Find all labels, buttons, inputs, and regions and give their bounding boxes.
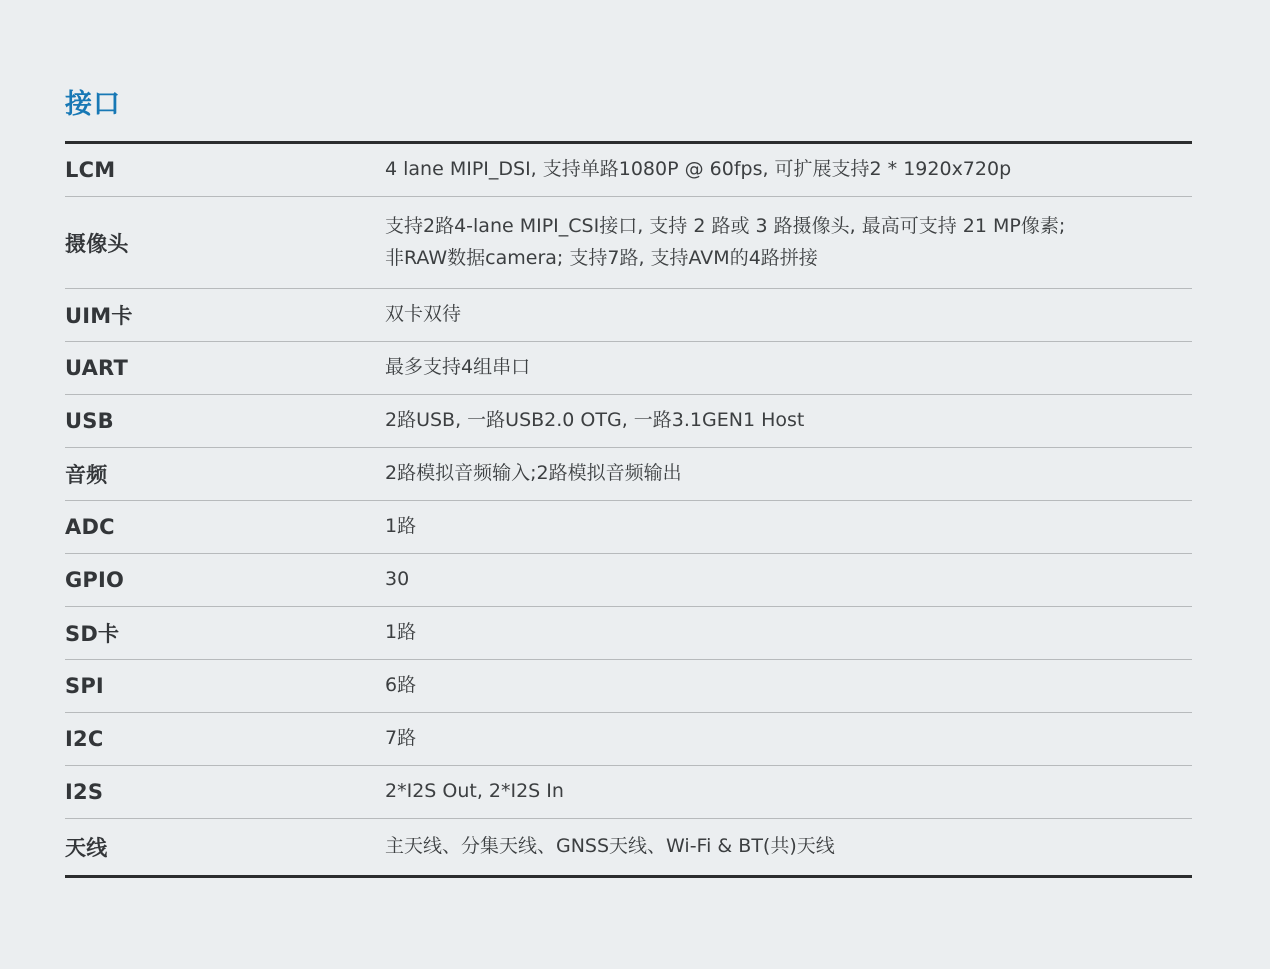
table-row-usb: USB 2路USB, 一路USB2.0 OTG, 一路3.1GEN1 Host — [65, 395, 1192, 448]
value-line: 4 lane MIPI_DSI, 支持单路1080P @ 60fps, 可扩展支… — [385, 154, 1192, 185]
row-value: 6路 — [385, 670, 1192, 701]
table-row-sd: SD卡 1路 — [65, 607, 1192, 660]
section-title: 接口 — [65, 82, 1192, 121]
row-label: GPIO — [65, 568, 385, 592]
row-label: I2S — [65, 780, 385, 804]
row-value: 2*I2S Out, 2*I2S In — [385, 776, 1192, 807]
table-row-spi: SPI 6路 — [65, 660, 1192, 713]
row-value: 7路 — [385, 723, 1192, 754]
row-label: 摄像头 — [65, 228, 385, 258]
value-line: 最多支持4组串口 — [385, 352, 1192, 383]
value-line: 6路 — [385, 670, 1192, 701]
table-row-uim: UIM卡 双卡双待 — [65, 289, 1192, 342]
row-value: 2路USB, 一路USB2.0 OTG, 一路3.1GEN1 Host — [385, 405, 1192, 436]
row-label: I2C — [65, 727, 385, 751]
row-value: 4 lane MIPI_DSI, 支持单路1080P @ 60fps, 可扩展支… — [385, 154, 1192, 185]
row-label: LCM — [65, 158, 385, 182]
table-row-i2c: I2C 7路 — [65, 713, 1192, 766]
value-line: 双卡双待 — [385, 299, 1192, 330]
row-value: 主天线、分集天线、GNSS天线、Wi-Fi & BT(共)天线 — [385, 831, 1192, 862]
row-value: 1路 — [385, 617, 1192, 648]
row-value: 最多支持4组串口 — [385, 352, 1192, 383]
row-label: UIM卡 — [65, 300, 385, 330]
row-label: SD卡 — [65, 618, 385, 648]
table-row-lcm: LCM 4 lane MIPI_DSI, 支持单路1080P @ 60fps, … — [65, 144, 1192, 197]
row-label: SPI — [65, 674, 385, 698]
value-line: 2路USB, 一路USB2.0 OTG, 一路3.1GEN1 Host — [385, 405, 1192, 436]
table-row-i2s: I2S 2*I2S Out, 2*I2S In — [65, 766, 1192, 819]
row-label: 天线 — [65, 832, 385, 862]
row-value: 1路 — [385, 511, 1192, 542]
row-value: 30 — [385, 564, 1192, 595]
table-row-camera: 摄像头 支持2路4-lane MIPI_CSI接口, 支持 2 路或 3 路摄像… — [65, 197, 1192, 289]
value-line: 主天线、分集天线、GNSS天线、Wi-Fi & BT(共)天线 — [385, 831, 1192, 862]
table-row-audio: 音频 2路模拟音频输入;2路模拟音频输出 — [65, 448, 1192, 501]
row-value: 支持2路4-lane MIPI_CSI接口, 支持 2 路或 3 路摄像头, 最… — [385, 211, 1192, 274]
table-row-uart: UART 最多支持4组串口 — [65, 342, 1192, 395]
value-line: 30 — [385, 564, 1192, 595]
row-label: 音频 — [65, 459, 385, 489]
table-row-antenna: 天线 主天线、分集天线、GNSS天线、Wi-Fi & BT(共)天线 — [65, 819, 1192, 875]
value-line: 非RAW数据camera; 支持7路, 支持AVM的4路拼接 — [385, 243, 1192, 274]
value-line: 7路 — [385, 723, 1192, 754]
row-value: 2路模拟音频输入;2路模拟音频输出 — [385, 458, 1192, 489]
value-line: 2*I2S Out, 2*I2S In — [385, 776, 1192, 807]
spec-sheet-page: 接口 LCM 4 lane MIPI_DSI, 支持单路1080P @ 60fp… — [0, 82, 1270, 878]
row-label: UART — [65, 356, 385, 380]
table-row-gpio: GPIO 30 — [65, 554, 1192, 607]
table-row-adc: ADC 1路 — [65, 501, 1192, 554]
value-line: 1路 — [385, 511, 1192, 542]
interface-spec-table: LCM 4 lane MIPI_DSI, 支持单路1080P @ 60fps, … — [65, 141, 1192, 878]
row-value: 双卡双待 — [385, 299, 1192, 330]
value-line: 1路 — [385, 617, 1192, 648]
row-label: ADC — [65, 515, 385, 539]
value-line: 2路模拟音频输入;2路模拟音频输出 — [385, 458, 1192, 489]
row-label: USB — [65, 409, 385, 433]
value-line: 支持2路4-lane MIPI_CSI接口, 支持 2 路或 3 路摄像头, 最… — [385, 211, 1192, 242]
